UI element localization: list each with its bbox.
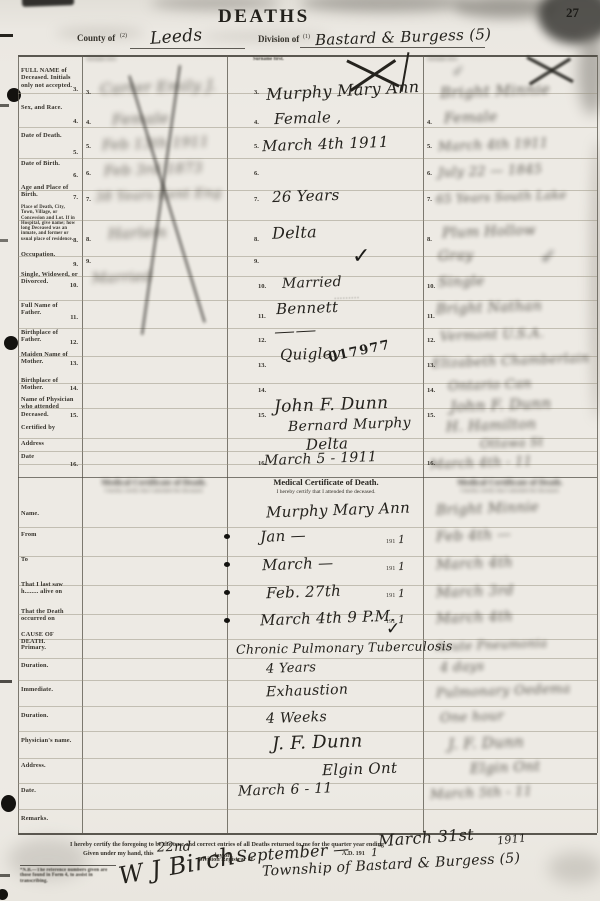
col3-row-number: 6. xyxy=(427,170,432,177)
edge-mark xyxy=(0,104,9,107)
entry-col3: John F. Dunn xyxy=(450,394,552,416)
med-label: Duration. xyxy=(21,662,79,669)
year-prefix: 191 xyxy=(386,565,395,572)
entry-col3: Female xyxy=(444,109,498,127)
col1-row-number: 9. xyxy=(86,258,91,265)
col3-row-number: 10. xyxy=(427,283,435,290)
edge-mark xyxy=(0,680,12,683)
check-mark: ✓ xyxy=(452,62,465,80)
med-label: Immediate. xyxy=(21,686,79,693)
entry-date-of-death: March 4th 1911 xyxy=(262,133,389,155)
ink-mark xyxy=(224,618,230,623)
row-number: 5. xyxy=(60,149,78,156)
row-number: 15. xyxy=(60,412,78,419)
table-vline xyxy=(18,55,19,833)
col3-row-number: 15. xyxy=(427,412,435,419)
row-number: 14. xyxy=(60,385,78,392)
entry-col3: Ontario Can xyxy=(448,377,532,395)
county-label: County of xyxy=(77,35,115,42)
edge-mark xyxy=(0,34,13,37)
row-label: Date xyxy=(21,453,79,460)
med-from: Jan — xyxy=(260,526,306,546)
col3-row-number: 5. xyxy=(427,143,432,150)
row-number: 9. xyxy=(60,261,78,268)
entry-col3: Single xyxy=(438,273,485,291)
entry-col3: March 4th 1911 xyxy=(438,136,549,155)
med-cert-subtitle: I hereby certify that I attended the dec… xyxy=(235,489,417,495)
entry-full-name: Murphy Mary Ann xyxy=(266,77,420,104)
quarter-ending-date: March 31st xyxy=(377,825,474,851)
table-vline xyxy=(82,55,83,833)
col2-row-number: 8. xyxy=(254,236,259,243)
entry-column-header: Surname first. xyxy=(86,57,117,62)
entry-col3: Vermont U.S.A. xyxy=(440,326,545,345)
row-label: Address xyxy=(21,440,79,447)
col2-row-number: 10. xyxy=(258,283,266,290)
entry-sex: Female , xyxy=(274,108,342,128)
med-cert-title: Medical Certificate of Death. xyxy=(235,478,417,487)
col2-row-number: 13. xyxy=(258,362,266,369)
col2-row-number: 12. xyxy=(258,337,266,344)
col3-row-number: 12. xyxy=(427,337,435,344)
scan-smudge xyxy=(590,140,600,420)
col2-row-number: 9. xyxy=(254,258,259,265)
col3-row-number: 14. xyxy=(427,387,435,394)
row-label: Certified by xyxy=(21,424,79,431)
nb-note-rule xyxy=(20,865,116,866)
entry-place-of-death: Delta xyxy=(272,222,318,243)
row-label: Occupation. xyxy=(21,251,79,258)
col3-row-number: 4. xyxy=(427,119,432,126)
med-col3: March 3rd xyxy=(436,583,514,602)
med-col3: J. F. Dunn xyxy=(448,733,525,754)
nb-note: *N.B.—The reference numbers given are th… xyxy=(20,868,116,884)
row-number: 12. xyxy=(60,339,78,346)
med-cert-subtitle: I hereby certify that I attended the dec… xyxy=(88,488,220,494)
county-ref: (2) xyxy=(120,33,127,40)
col3-row-number: 8. xyxy=(427,236,432,243)
col1-row-number: 6. xyxy=(86,170,91,177)
entry-physician-name: John F. Dunn xyxy=(274,393,389,417)
entry-marital-status: Married xyxy=(282,274,342,292)
med-col3: March 5th - 11 xyxy=(430,784,533,803)
entry-col3: Bright Nathan xyxy=(436,298,543,318)
year-prefix: 191 xyxy=(386,618,395,625)
col1-row-number: 7. xyxy=(86,196,91,203)
med-label: Date. xyxy=(21,787,79,794)
entry-col3: Elizabeth Chamberlain xyxy=(432,351,590,371)
scan-smudge xyxy=(300,0,470,12)
entry-column-header: Surname first. xyxy=(253,57,284,62)
med-label: Remarks. xyxy=(21,815,79,822)
med-cause-immediate: Exhaustion xyxy=(266,682,349,701)
entry-col3: Plum Hollow xyxy=(442,222,536,241)
table-vline xyxy=(597,55,598,833)
med-label: Address. xyxy=(21,762,79,769)
row-number: 6. xyxy=(60,172,78,179)
quarter-ending-year: 1911 xyxy=(496,832,526,848)
med-cert-subtitle: I hereby certify that I attended the dec… xyxy=(430,488,590,494)
row-number: 10. xyxy=(60,282,78,289)
col2-row-number: 3. xyxy=(254,89,259,96)
entry-col3: Gray xyxy=(438,247,474,264)
entry-col1: Carter Emily J. xyxy=(100,76,217,98)
ink-mark xyxy=(224,562,230,567)
entry-col1: Feb 3rd 1873 xyxy=(104,160,203,179)
med-duration-immediate: 4 Weeks xyxy=(266,709,327,727)
row-rule xyxy=(18,706,597,707)
col2-row-number: 5. xyxy=(254,143,259,150)
entry-col3: Ottawa St xyxy=(480,435,544,451)
division-value: Bastard & Burgess (5) xyxy=(315,25,492,49)
hole-punch xyxy=(1,795,16,812)
col1-row-number: 4. xyxy=(86,119,91,126)
year-digit: 1 xyxy=(398,533,406,546)
col1-row-number: 3. xyxy=(86,89,91,96)
med-label: From xyxy=(21,531,79,538)
row-number: 3. xyxy=(60,86,78,93)
division-underline xyxy=(300,47,485,48)
entry-col3: July 22 — 1845 xyxy=(438,162,543,181)
col2-row-number: 7. xyxy=(254,196,259,203)
page-number: 27 xyxy=(566,5,579,21)
med-col3: March 4th xyxy=(436,555,513,574)
row-number: 13. xyxy=(60,360,78,367)
hole-punch xyxy=(4,336,18,350)
med-name: Murphy Mary Ann xyxy=(266,498,411,521)
med-to: March — xyxy=(262,554,334,574)
med-col3: Bright Minnie xyxy=(436,499,540,519)
col1-row-number: 8. xyxy=(86,236,91,243)
scan-smudge xyxy=(548,852,600,884)
row-rule xyxy=(18,658,597,659)
med-col3: Elgin Ont xyxy=(470,759,541,777)
entry-date: March 5 - 1911 xyxy=(264,449,378,469)
table-vline xyxy=(423,55,424,833)
med-date: March 6 - 11 xyxy=(238,780,333,799)
county-value: Leeds xyxy=(149,25,203,49)
med-col3: Pulmonary Oedema xyxy=(436,682,571,702)
entry-certified-by: Bernard Murphy xyxy=(288,415,411,435)
med-physician-name: J. F. Dunn xyxy=(272,730,363,754)
division-label: Division of xyxy=(258,36,299,43)
entry-col3: March 4th - 11 xyxy=(430,454,533,473)
row-rule xyxy=(18,127,597,128)
death-register-page: DEATHS 27 County of (2) Leeds Division o… xyxy=(0,0,600,901)
med-cause-primary: Chronic Pulmonary Tuberculosis xyxy=(236,638,453,657)
col3-row-number: 7. xyxy=(427,196,432,203)
row-rule xyxy=(18,680,597,681)
year-digit: 1 xyxy=(398,613,406,626)
year-digit: 1 xyxy=(398,587,406,600)
col1-row-number: 5. xyxy=(86,143,91,150)
check-mark: ✓ xyxy=(352,244,370,269)
table-vline xyxy=(227,55,228,833)
med-col3: 4 days xyxy=(440,659,485,676)
row-label: Date of Birth. xyxy=(21,160,79,167)
row-rule xyxy=(18,158,597,159)
col2-row-number: 4. xyxy=(254,119,259,126)
med-label: Duration. xyxy=(21,712,79,719)
ink-mark xyxy=(224,590,230,595)
row-number: 11. xyxy=(60,314,78,321)
col3-row-number: 11. xyxy=(427,313,435,320)
row-label: Sex, and Race. xyxy=(21,104,79,111)
row-number: 4. xyxy=(60,118,78,125)
division-ref: (1) xyxy=(303,34,310,41)
med-col3: March 4th xyxy=(436,609,513,628)
county-underline xyxy=(130,48,245,49)
col2-row-number: 11. xyxy=(258,313,266,320)
year-digit: 1 xyxy=(398,560,406,573)
entry-col1: Married xyxy=(92,269,152,287)
entry-father-birthplace-dash: —— xyxy=(274,321,318,341)
med-label: That I last saw h........ alive on xyxy=(21,581,79,596)
row-rule xyxy=(18,220,597,221)
med-last-saw: Feb. 27th xyxy=(266,582,342,603)
edge-mark xyxy=(0,239,8,242)
med-duration-primary: 4 Years xyxy=(266,660,317,677)
ink-mark xyxy=(224,534,230,539)
year-prefix: 191 xyxy=(386,538,395,545)
scan-smudge xyxy=(22,0,74,7)
med-label: To xyxy=(21,556,79,563)
year-prefix: 191 xyxy=(386,592,395,599)
registration-stamp-number: 017977 xyxy=(327,338,392,366)
given-under-hand: Given under my hand, this xyxy=(83,850,154,857)
page-title: DEATHS xyxy=(218,6,310,28)
entry-col3: H. Hamilton xyxy=(446,416,537,435)
med-label: That the Death occurred on xyxy=(21,608,79,623)
med-cert-title: Medical Certificate of Death. xyxy=(88,478,220,487)
col2-row-number: 14. xyxy=(258,387,266,394)
med-address: Elgin Ont xyxy=(322,759,398,780)
faint-scribble: ········· xyxy=(334,294,360,304)
med-cert-title: Medical Certificate of Death. xyxy=(430,478,590,487)
entry-col1: 38 Years Kent Eng xyxy=(95,186,222,205)
row-label: Date of Death. xyxy=(21,132,79,139)
row-rule xyxy=(18,256,597,257)
edge-mark xyxy=(0,874,10,877)
ad-label: A.D. 191 xyxy=(342,850,365,857)
med-col3: Acute Pneumonia xyxy=(436,636,548,654)
med-col3: One hour xyxy=(440,709,505,726)
med-label: Physician's name. xyxy=(21,737,79,744)
col2-row-number: 15. xyxy=(258,412,266,419)
med-label: Name. xyxy=(21,510,79,517)
med-col3: Feb 4th — xyxy=(436,527,512,546)
col2-row-number: 6. xyxy=(254,170,259,177)
med-death-time: March 4th 9 P.M. xyxy=(260,607,396,630)
row-number: 7. xyxy=(60,194,78,201)
row-number: 16. xyxy=(60,461,78,468)
hole-punch xyxy=(0,889,8,900)
entry-col1: Feb 13th 1911 xyxy=(102,134,210,154)
check-mark: ✓ xyxy=(540,244,557,268)
entry-col3: Bright Minnie xyxy=(440,80,551,102)
row-rule xyxy=(18,809,597,810)
entry-father-name: Bennett xyxy=(276,298,339,318)
row-number: 8. xyxy=(60,237,78,244)
med-label: Primary. xyxy=(21,644,79,651)
entry-age-place-of-birth: 26 Years xyxy=(272,186,340,206)
